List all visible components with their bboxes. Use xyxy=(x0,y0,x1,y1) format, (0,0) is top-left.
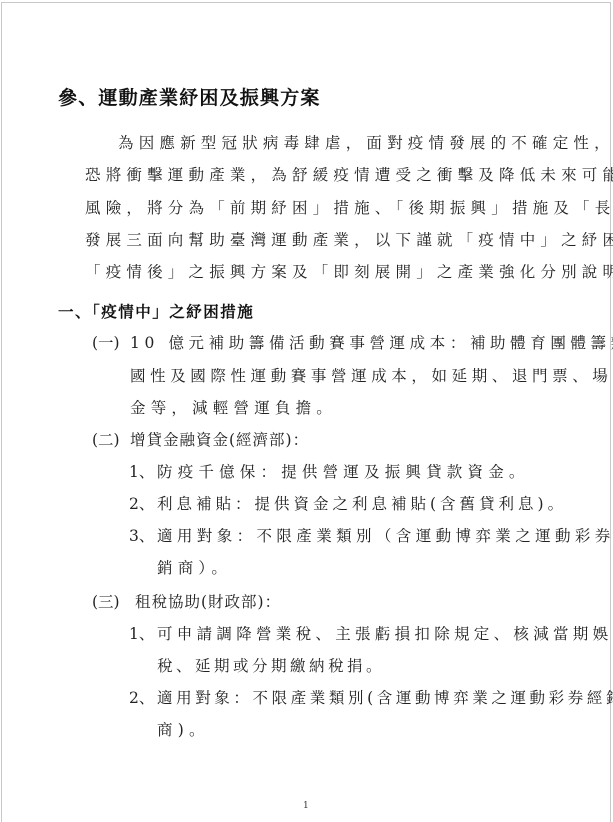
item-1-label: (一) xyxy=(92,333,120,353)
item-3-sub-2-line-2: 商)。 xyxy=(157,720,210,740)
item-2-line-1: 增貸金融資金(經濟部)： xyxy=(130,430,309,450)
document-title: 參、運動產業紓困及振興方案 xyxy=(58,87,321,109)
intro-line-2: 恐將衝擊運動產業，為舒緩疫情遭受之衝擊及降低未來可能面臨之 xyxy=(85,165,613,185)
intro-line-5: 「疫情後」之振興方案及「即刻展開」之產業強化分別說明。 xyxy=(85,262,613,282)
item-1-line-3: 金等，減輕營運負擔。 xyxy=(130,398,337,418)
intro-line-4: 發展三面向幫助臺灣運動產業，以下謹就「疫情中」之紓困措施、 xyxy=(85,230,613,250)
item-3-sub-1-line-2: 稅、延期或分期繳納稅捐。 xyxy=(157,656,385,676)
page-number: 1 xyxy=(303,801,309,811)
item-3-label: (三) xyxy=(92,592,120,612)
page-border-top xyxy=(1,2,611,3)
item-2-sub-2-num: 2、 xyxy=(129,494,154,514)
item-1-line-2: 國性及國際性運動賽事營運成本，如延期、退門票、場地租 xyxy=(130,366,613,386)
item-1-line-1: 10 億元補助籌備活動賽事營運成本：補助體育團體籌辦全 xyxy=(130,333,613,353)
document-page: 參、運動產業紓困及振興方案 為因應新型冠狀病毒肆虐，面對疫情發展的不確定性，短期… xyxy=(0,0,613,822)
item-3-line-1: 租稅協助(財政部)： xyxy=(135,592,281,612)
section-heading: 一、「疫情中」之紓困措施 xyxy=(58,302,254,322)
item-3-sub-2-line-1: 適用對象：不限產業類別(含運動博弈業之運動彩券經銷 xyxy=(157,688,613,708)
page-border-left xyxy=(1,2,2,822)
intro-line-1: 為因應新型冠狀病毒肆虐，面對疫情發展的不確定性，短期內 xyxy=(118,133,613,153)
item-2-sub-3-num: 3、 xyxy=(129,526,154,546)
item-2-sub-1-line-1: 防疫千億保：提供營運及振興貸款資金。 xyxy=(157,462,530,482)
intro-line-3: 風險，將分為「前期紓困」措施、「後期振興」措施及「長期強化」 xyxy=(85,198,613,218)
item-3-sub-1-num: 1、 xyxy=(129,624,154,644)
item-2-sub-3-line-2: 銷商）。 xyxy=(157,558,232,578)
item-2-sub-3-line-1: 適用對象：不限產業類別（含運動博弈業之運動彩券經 xyxy=(157,526,613,546)
item-3-sub-2-num: 2、 xyxy=(129,688,154,708)
item-2-sub-2-line-1: 利息補貼：提供資金之利息補貼(含舊貸利息)。 xyxy=(157,494,567,514)
item-2-label: (二) xyxy=(92,430,120,450)
item-2-sub-1-num: 1、 xyxy=(129,462,154,482)
item-3-sub-1-line-1: 可申請調降營業稅、主張虧損扣除規定、核減當期娛樂 xyxy=(157,624,613,644)
